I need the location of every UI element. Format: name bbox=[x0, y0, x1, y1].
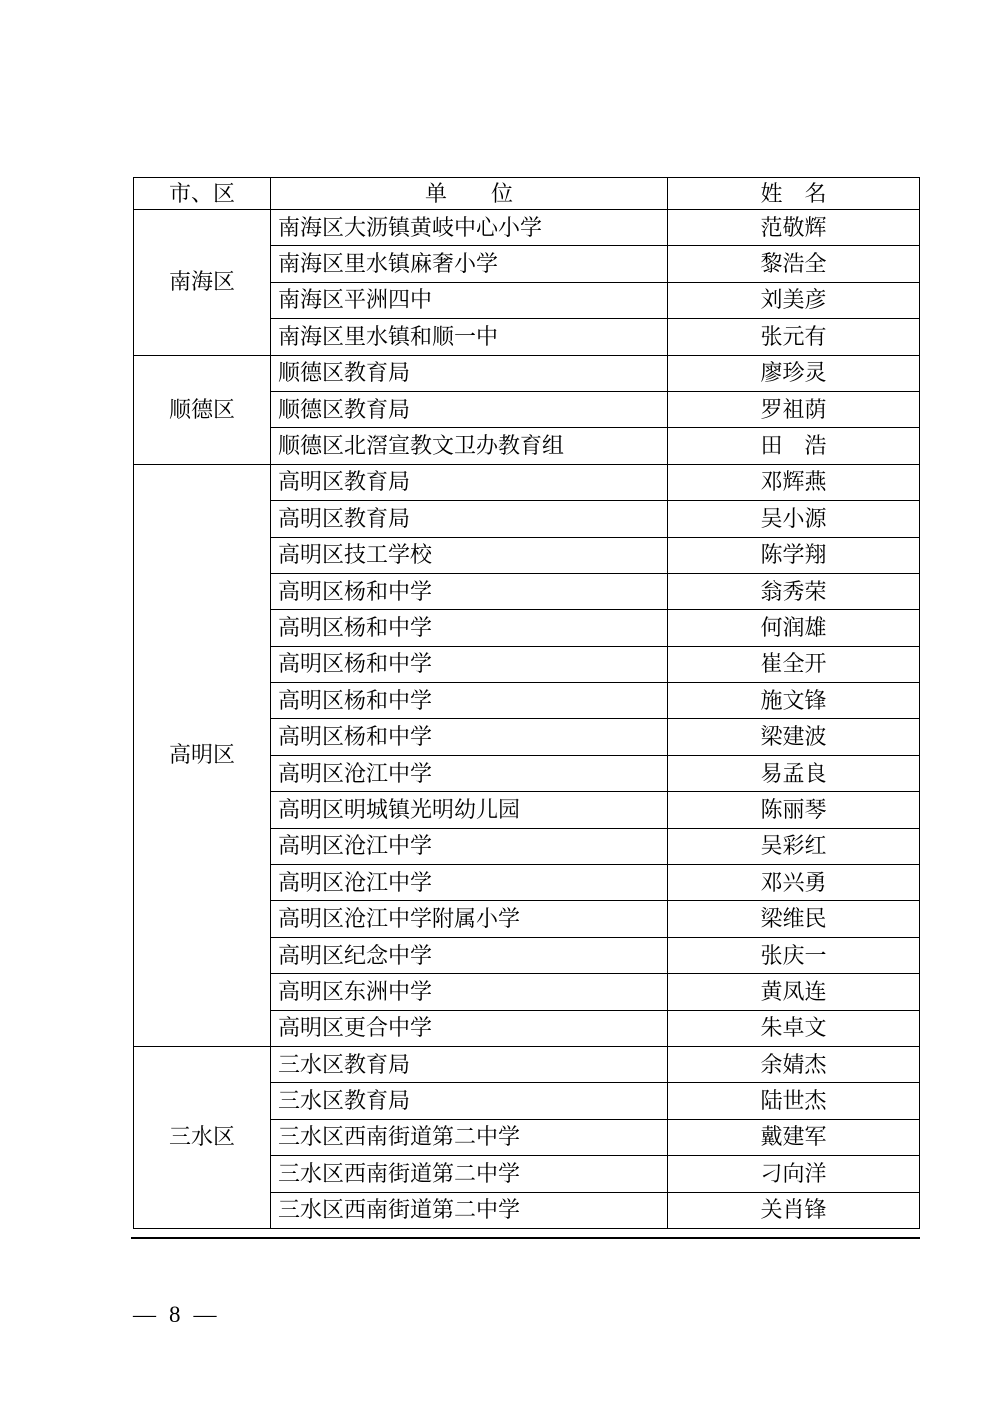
name-cell: 陆世杰 bbox=[668, 1083, 920, 1119]
unit-cell: 三水区教育局 bbox=[271, 1083, 668, 1119]
unit-cell: 高明区杨和中学 bbox=[271, 610, 668, 646]
district-cell: 南海区 bbox=[134, 210, 271, 356]
name-cell: 黎浩全 bbox=[668, 246, 920, 282]
unit-cell: 高明区沧江中学 bbox=[271, 755, 668, 791]
name-cell: 陈学翔 bbox=[668, 537, 920, 573]
unit-cell: 高明区教育局 bbox=[271, 501, 668, 537]
unit-cell: 三水区西南街道第二中学 bbox=[271, 1119, 668, 1155]
name-cell: 邓兴勇 bbox=[668, 865, 920, 901]
unit-cell: 高明区杨和中学 bbox=[271, 646, 668, 682]
table-row: 三水区三水区教育局余婧杰 bbox=[134, 1046, 920, 1082]
document-page: 市、区 单 位 姓 名 南海区南海区大沥镇黄岐中心小学范敬辉南海区里水镇麻奢小学… bbox=[0, 0, 992, 1403]
header-row: 市、区 单 位 姓 名 bbox=[134, 178, 920, 210]
name-cell: 梁建波 bbox=[668, 719, 920, 755]
name-cell: 戴建军 bbox=[668, 1119, 920, 1155]
unit-cell: 高明区沧江中学 bbox=[271, 828, 668, 864]
name-cell: 吴小源 bbox=[668, 501, 920, 537]
name-cell: 吴彩红 bbox=[668, 828, 920, 864]
unit-cell: 高明区杨和中学 bbox=[271, 573, 668, 609]
unit-cell: 顺德区教育局 bbox=[271, 355, 668, 391]
unit-cell: 三水区西南街道第二中学 bbox=[271, 1192, 668, 1228]
name-cell: 梁维民 bbox=[668, 901, 920, 937]
footer-left-dash: — bbox=[133, 1302, 156, 1328]
footer-right-dash: — bbox=[194, 1302, 217, 1328]
name-cell: 刘美彦 bbox=[668, 282, 920, 318]
name-cell: 刁向洋 bbox=[668, 1156, 920, 1192]
unit-cell: 高明区技工学校 bbox=[271, 537, 668, 573]
unit-cell: 高明区教育局 bbox=[271, 464, 668, 500]
unit-cell: 高明区更合中学 bbox=[271, 1010, 668, 1046]
name-cell: 施文锋 bbox=[668, 683, 920, 719]
district-cell: 三水区 bbox=[134, 1046, 271, 1228]
unit-cell: 高明区东洲中学 bbox=[271, 974, 668, 1010]
unit-cell: 顺德区北滘宣教文卫办教育组 bbox=[271, 428, 668, 464]
table-row: 南海区南海区大沥镇黄岐中心小学范敬辉 bbox=[134, 210, 920, 246]
name-cell: 陈丽琴 bbox=[668, 792, 920, 828]
unit-cell: 三水区西南街道第二中学 bbox=[271, 1156, 668, 1192]
name-cell: 崔全开 bbox=[668, 646, 920, 682]
page-footer: —8— bbox=[133, 1302, 217, 1328]
table-row: 高明区高明区教育局邓辉燕 bbox=[134, 464, 920, 500]
unit-cell: 南海区里水镇麻奢小学 bbox=[271, 246, 668, 282]
unit-cell: 南海区大沥镇黄岐中心小学 bbox=[271, 210, 668, 246]
header-unit: 单 位 bbox=[271, 178, 668, 210]
name-cell: 田 浩 bbox=[668, 428, 920, 464]
name-cell: 余婧杰 bbox=[668, 1046, 920, 1082]
table-body: 南海区南海区大沥镇黄岐中心小学范敬辉南海区里水镇麻奢小学黎浩全南海区平洲四中刘美… bbox=[134, 210, 920, 1229]
name-cell: 易孟良 bbox=[668, 755, 920, 791]
name-cell: 罗祖荫 bbox=[668, 391, 920, 427]
name-cell: 张庆一 bbox=[668, 937, 920, 973]
table-header: 市、区 单 位 姓 名 bbox=[134, 178, 920, 210]
unit-cell: 高明区纪念中学 bbox=[271, 937, 668, 973]
district-cell: 高明区 bbox=[134, 464, 271, 1046]
name-cell: 翁秀荣 bbox=[668, 573, 920, 609]
name-cell: 朱卓文 bbox=[668, 1010, 920, 1046]
unit-cell: 高明区杨和中学 bbox=[271, 683, 668, 719]
name-cell: 何润雄 bbox=[668, 610, 920, 646]
header-name: 姓 名 bbox=[668, 178, 920, 210]
name-cell: 黄凤连 bbox=[668, 974, 920, 1010]
unit-cell: 三水区教育局 bbox=[271, 1046, 668, 1082]
name-cell: 关肖锋 bbox=[668, 1192, 920, 1228]
name-cell: 范敬辉 bbox=[668, 210, 920, 246]
header-district: 市、区 bbox=[134, 178, 271, 210]
table-row: 顺德区顺德区教育局廖珍灵 bbox=[134, 355, 920, 391]
table-bottom-rule bbox=[131, 1237, 920, 1239]
unit-cell: 高明区杨和中学 bbox=[271, 719, 668, 755]
roster-table: 市、区 单 位 姓 名 南海区南海区大沥镇黄岐中心小学范敬辉南海区里水镇麻奢小学… bbox=[133, 177, 920, 1229]
unit-cell: 高明区明城镇光明幼儿园 bbox=[271, 792, 668, 828]
name-cell: 廖珍灵 bbox=[668, 355, 920, 391]
unit-cell: 高明区沧江中学 bbox=[271, 865, 668, 901]
unit-cell: 南海区里水镇和顺一中 bbox=[271, 319, 668, 355]
name-cell: 张元有 bbox=[668, 319, 920, 355]
district-cell: 顺德区 bbox=[134, 355, 271, 464]
name-cell: 邓辉燕 bbox=[668, 464, 920, 500]
unit-cell: 高明区沧江中学附属小学 bbox=[271, 901, 668, 937]
unit-cell: 顺德区教育局 bbox=[271, 391, 668, 427]
unit-cell: 南海区平洲四中 bbox=[271, 282, 668, 318]
page-number: 8 bbox=[169, 1302, 181, 1328]
